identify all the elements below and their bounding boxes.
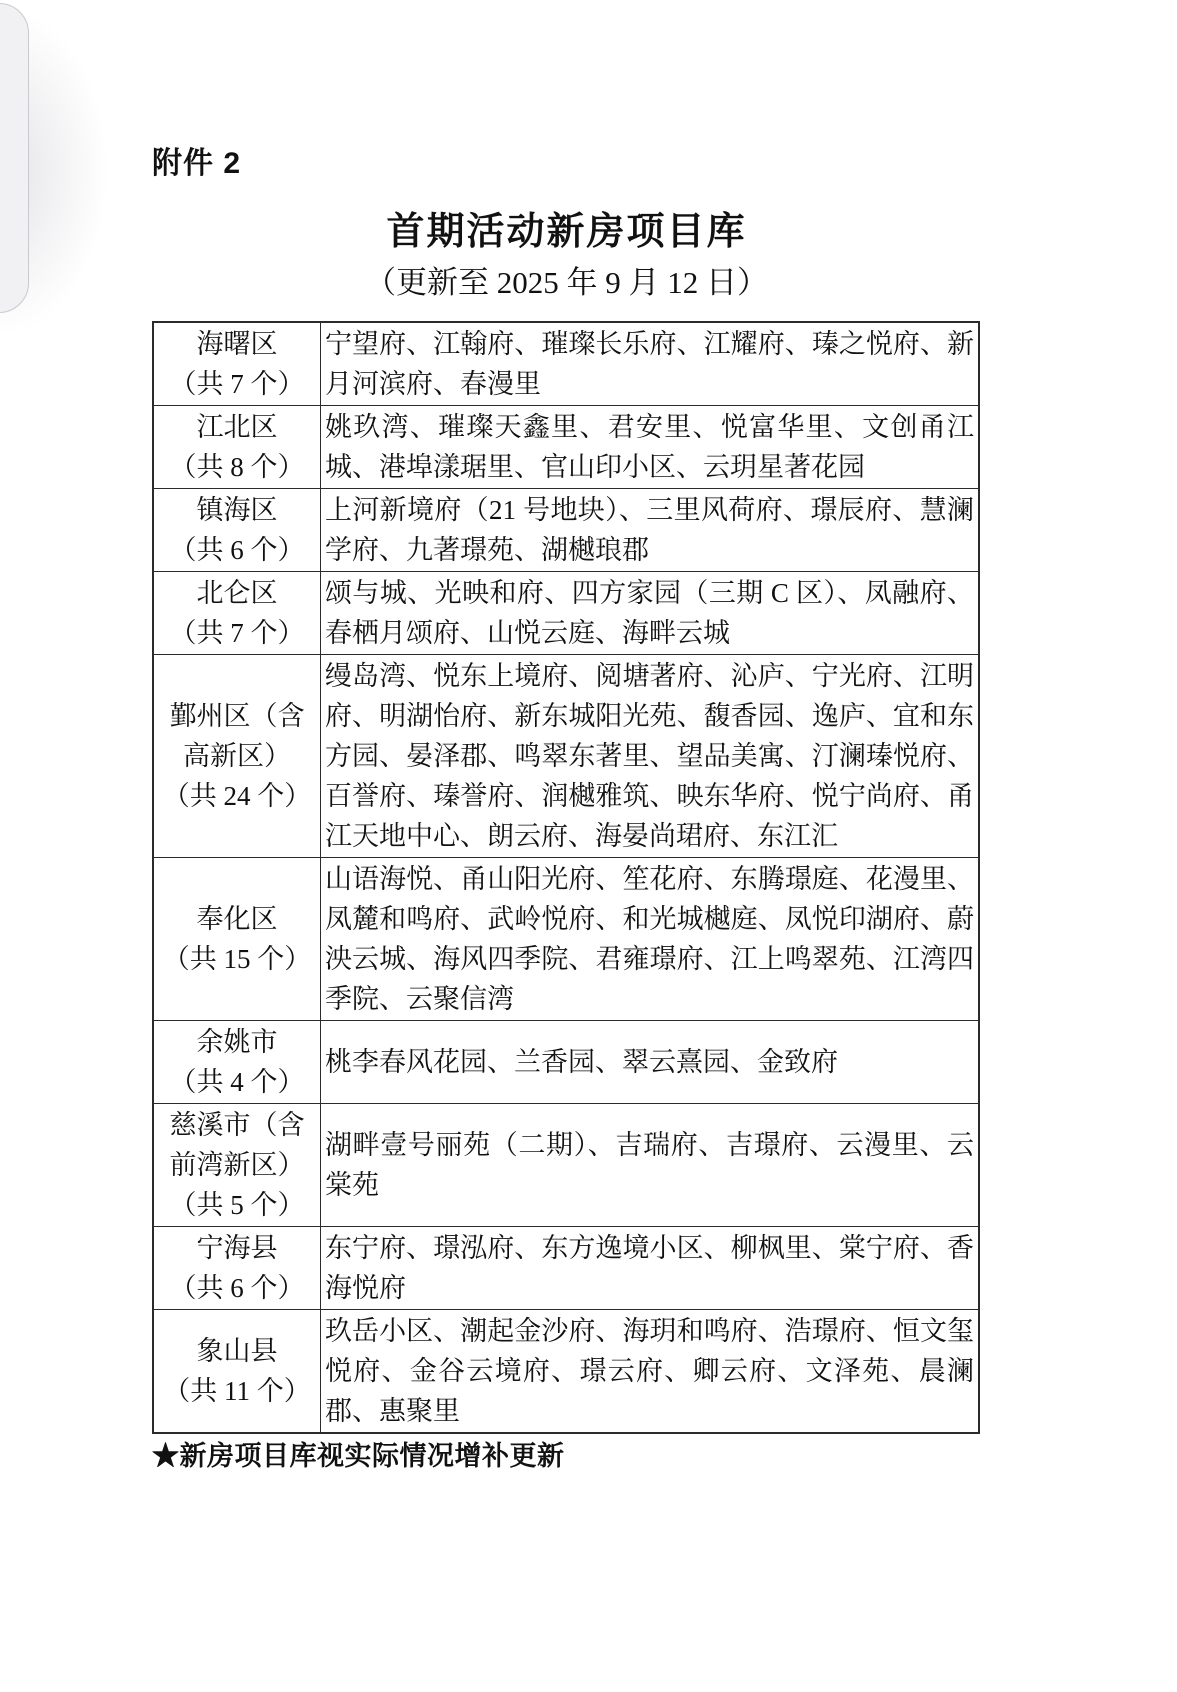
district-count: （共 24 个） [158, 776, 316, 816]
document-page: 附件 2 首期活动新房项目库 （更新至 2025 年 9 月 12 日） 海曙区… [0, 0, 1177, 1692]
district-count: （共 7 个） [158, 364, 316, 404]
district-name: 奉化区 [158, 899, 316, 939]
district-count: （共 6 个） [158, 1268, 316, 1308]
projects-cell: 宁望府、江翰府、璀璨长乐府、江耀府、瑧之悦府、新月河滨府、春漫里 [321, 322, 980, 406]
table-row: 江北区 （共 8 个） 姚玖湾、璀璨天鑫里、君安里、悦富华里、文创甬江城、港埠漾… [153, 405, 979, 488]
district-cell: 北仑区 （共 7 个） [153, 571, 321, 654]
projects-cell: 玖岳小区、潮起金沙府、海玥和鸣府、浩璟府、恒文玺悦府、金谷云境府、璟云府、卿云府… [321, 1309, 980, 1433]
district-count: （共 11 个） [158, 1371, 316, 1411]
table-row: 海曙区 （共 7 个） 宁望府、江翰府、璀璨长乐府、江耀府、瑧之悦府、新月河滨府… [153, 322, 979, 406]
district-count: （共 4 个） [158, 1062, 316, 1102]
district-name: 象山县 [158, 1331, 316, 1371]
district-cell: 海曙区 （共 7 个） [153, 322, 321, 406]
district-cell: 鄞州区（含高新区） （共 24 个） [153, 654, 321, 857]
district-name: 余姚市 [158, 1022, 316, 1062]
district-name: 慈溪市（含前湾新区） [158, 1105, 316, 1185]
table-row: 余姚市 （共 4 个） 桃李春风花园、兰香园、翠云熹园、金致府 [153, 1020, 979, 1103]
district-count: （共 8 个） [158, 447, 316, 487]
table-row: 鄞州区（含高新区） （共 24 个） 缦岛湾、悦东上境府、阅塘著府、沁庐、宁光府… [153, 654, 979, 857]
document-body: 附件 2 首期活动新房项目库 （更新至 2025 年 9 月 12 日） 海曙区… [152, 0, 981, 1472]
district-name: 北仑区 [158, 573, 316, 613]
projects-cell: 颂与城、光映和府、四方家园（三期 C 区）、凤融府、春栖月颂府、山悦云庭、海畔云… [321, 571, 980, 654]
district-cell: 慈溪市（含前湾新区） （共 5 个） [153, 1103, 321, 1226]
page-title: 首期活动新房项目库 [152, 210, 981, 256]
district-count: （共 15 个） [158, 939, 316, 979]
table-row: 慈溪市（含前湾新区） （共 5 个） 湖畔壹号丽苑（二期）、吉瑞府、吉璟府、云漫… [153, 1103, 979, 1226]
card-edge-decoration [0, 3, 29, 313]
projects-cell: 湖畔壹号丽苑（二期）、吉瑞府、吉璟府、云漫里、云棠苑 [321, 1103, 980, 1226]
district-name: 宁海县 [158, 1228, 316, 1268]
district-count: （共 5 个） [158, 1185, 316, 1225]
table-row: 北仑区 （共 7 个） 颂与城、光映和府、四方家园（三期 C 区）、凤融府、春栖… [153, 571, 979, 654]
district-cell: 奉化区 （共 15 个） [153, 857, 321, 1020]
district-cell: 镇海区 （共 6 个） [153, 488, 321, 571]
district-name: 海曙区 [158, 324, 316, 364]
projects-cell: 姚玖湾、璀璨天鑫里、君安里、悦富华里、文创甬江城、港埠漾琚里、官山印小区、云玥星… [321, 405, 980, 488]
table-row: 镇海区 （共 6 个） 上河新境府（21 号地块）、三里风荷府、璟辰府、慧澜学府… [153, 488, 979, 571]
district-cell: 象山县 （共 11 个） [153, 1309, 321, 1433]
table-row: 象山县 （共 11 个） 玖岳小区、潮起金沙府、海玥和鸣府、浩璟府、恒文玺悦府、… [153, 1309, 979, 1433]
projects-table-body: 海曙区 （共 7 个） 宁望府、江翰府、璀璨长乐府、江耀府、瑧之悦府、新月河滨府… [153, 322, 979, 1433]
projects-cell: 桃李春风花园、兰香园、翠云熹园、金致府 [321, 1020, 980, 1103]
district-name: 鄞州区（含高新区） [158, 696, 316, 776]
district-cell: 余姚市 （共 4 个） [153, 1020, 321, 1103]
projects-table: 海曙区 （共 7 个） 宁望府、江翰府、璀璨长乐府、江耀府、瑧之悦府、新月河滨府… [152, 321, 980, 1434]
footnote: ★新房项目库视实际情况增补更新 [152, 1440, 981, 1472]
table-row: 奉化区 （共 15 个） 山语海悦、甬山阳光府、笙花府、东腾璟庭、花漫里、凤麓和… [153, 857, 979, 1020]
district-name: 镇海区 [158, 490, 316, 530]
page-subtitle: （更新至 2025 年 9 月 12 日） [152, 264, 981, 301]
district-cell: 宁海县 （共 6 个） [153, 1226, 321, 1309]
district-count: （共 7 个） [158, 613, 316, 653]
projects-cell: 东宁府、璟泓府、东方逸境小区、柳枫里、棠宁府、香海悦府 [321, 1226, 980, 1309]
projects-cell: 山语海悦、甬山阳光府、笙花府、东腾璟庭、花漫里、凤麓和鸣府、武岭悦府、和光城樾庭… [321, 857, 980, 1020]
projects-cell: 上河新境府（21 号地块）、三里风荷府、璟辰府、慧澜学府、九著璟苑、湖樾琅郡 [321, 488, 980, 571]
table-row: 宁海县 （共 6 个） 东宁府、璟泓府、东方逸境小区、柳枫里、棠宁府、香海悦府 [153, 1226, 979, 1309]
projects-cell: 缦岛湾、悦东上境府、阅塘著府、沁庐、宁光府、江明府、明湖怡府、新东城阳光苑、馥香… [321, 654, 980, 857]
district-count: （共 6 个） [158, 530, 316, 570]
district-name: 江北区 [158, 407, 316, 447]
district-cell: 江北区 （共 8 个） [153, 405, 321, 488]
attachment-label: 附件 2 [152, 146, 981, 182]
